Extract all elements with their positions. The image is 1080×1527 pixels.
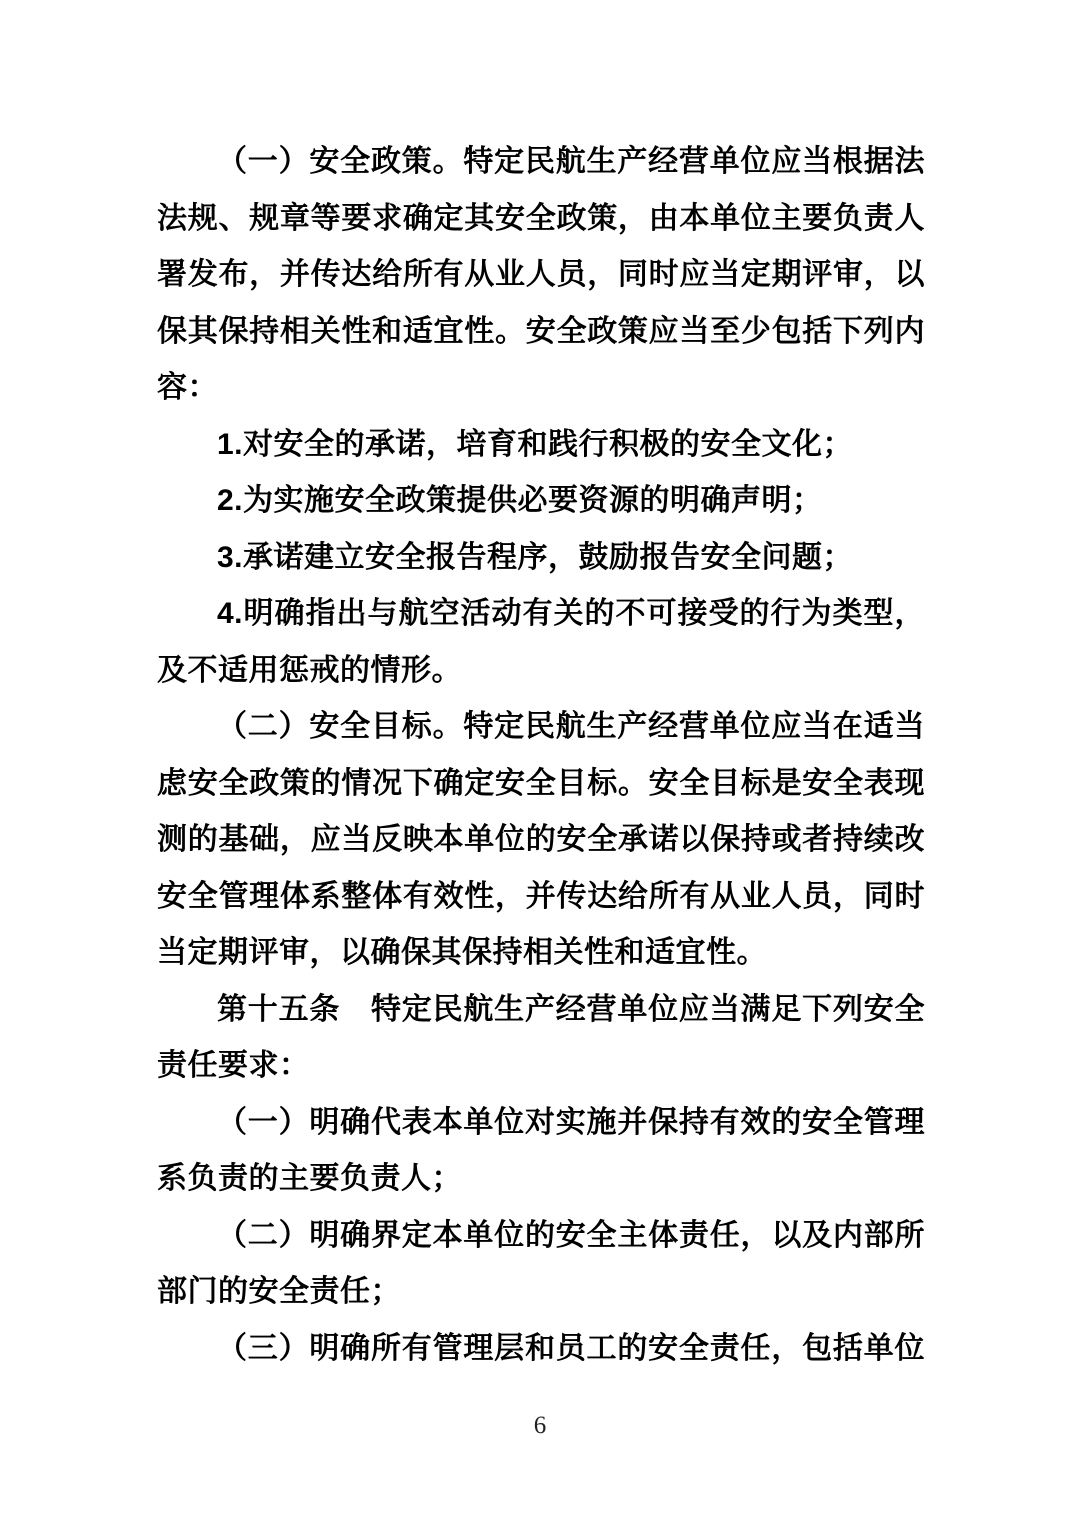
text-line: （一）明确代表本单位对实施并保持有效的安全管理体 bbox=[157, 1095, 925, 1152]
text-line: 保其保持相关性和适宜性。安全政策应当至少包括下列内 bbox=[157, 304, 925, 361]
text-line: （一）安全政策。特定民航生产经营单位应当根据法律、 bbox=[157, 134, 925, 191]
text-line: 责任要求： bbox=[157, 1038, 925, 1095]
text-line: 第十五条 特定民航生产经营单位应当满足下列安全 bbox=[157, 982, 925, 1039]
text-line: 容： bbox=[157, 360, 925, 417]
text-line: 2.为实施安全政策提供必要资源的明确声明； bbox=[157, 473, 925, 530]
text-line: （二）明确界定本单位的安全主体责任，以及内部所有 bbox=[157, 1208, 925, 1265]
page-number: 6 bbox=[534, 1412, 547, 1439]
text-line: 部门的安全责任； bbox=[157, 1264, 925, 1321]
text-line: 当定期评审，以确保其保持相关性和适宜性。 bbox=[157, 925, 925, 982]
text-line: 1.对安全的承诺，培育和践行积极的安全文化； bbox=[157, 417, 925, 474]
text-line: 及不适用惩戒的情形。 bbox=[157, 643, 925, 700]
text-line: 虑安全政策的情况下确定安全目标。安全目标是安全表现监 bbox=[157, 756, 925, 813]
text-line: （三）明确所有管理层和员工的安全责任，包括单位负 bbox=[157, 1321, 925, 1378]
text-line: 测的基础，应当反映本单位的安全承诺以保持或者持续改进 bbox=[157, 812, 925, 869]
document-page: （一）安全政策。特定民航生产经营单位应当根据法律、法规、规章等要求确定其安全政策… bbox=[0, 0, 1080, 1527]
text-line: 法规、规章等要求确定其安全政策，由本单位主要负责人签 bbox=[157, 191, 925, 248]
text-line: 署发布，并传达给所有从业人员，同时应当定期评审，以确 bbox=[157, 247, 925, 304]
text-line: 系负责的主要负责人； bbox=[157, 1151, 925, 1208]
text-line: 4.明确指出与航空活动有关的不可接受的行为类型，以 bbox=[157, 586, 925, 643]
text-line: 安全管理体系整体有效性，并传达给所有从业人员，同时应 bbox=[157, 869, 925, 926]
document-body: （一）安全政策。特定民航生产经营单位应当根据法律、法规、规章等要求确定其安全政策… bbox=[157, 134, 925, 1377]
text-line: 3.承诺建立安全报告程序，鼓励报告安全问题； bbox=[157, 530, 925, 587]
text-line: （二）安全目标。特定民航生产经营单位应当在适当考 bbox=[157, 699, 925, 756]
page-footer: 6 bbox=[0, 1408, 1080, 1444]
